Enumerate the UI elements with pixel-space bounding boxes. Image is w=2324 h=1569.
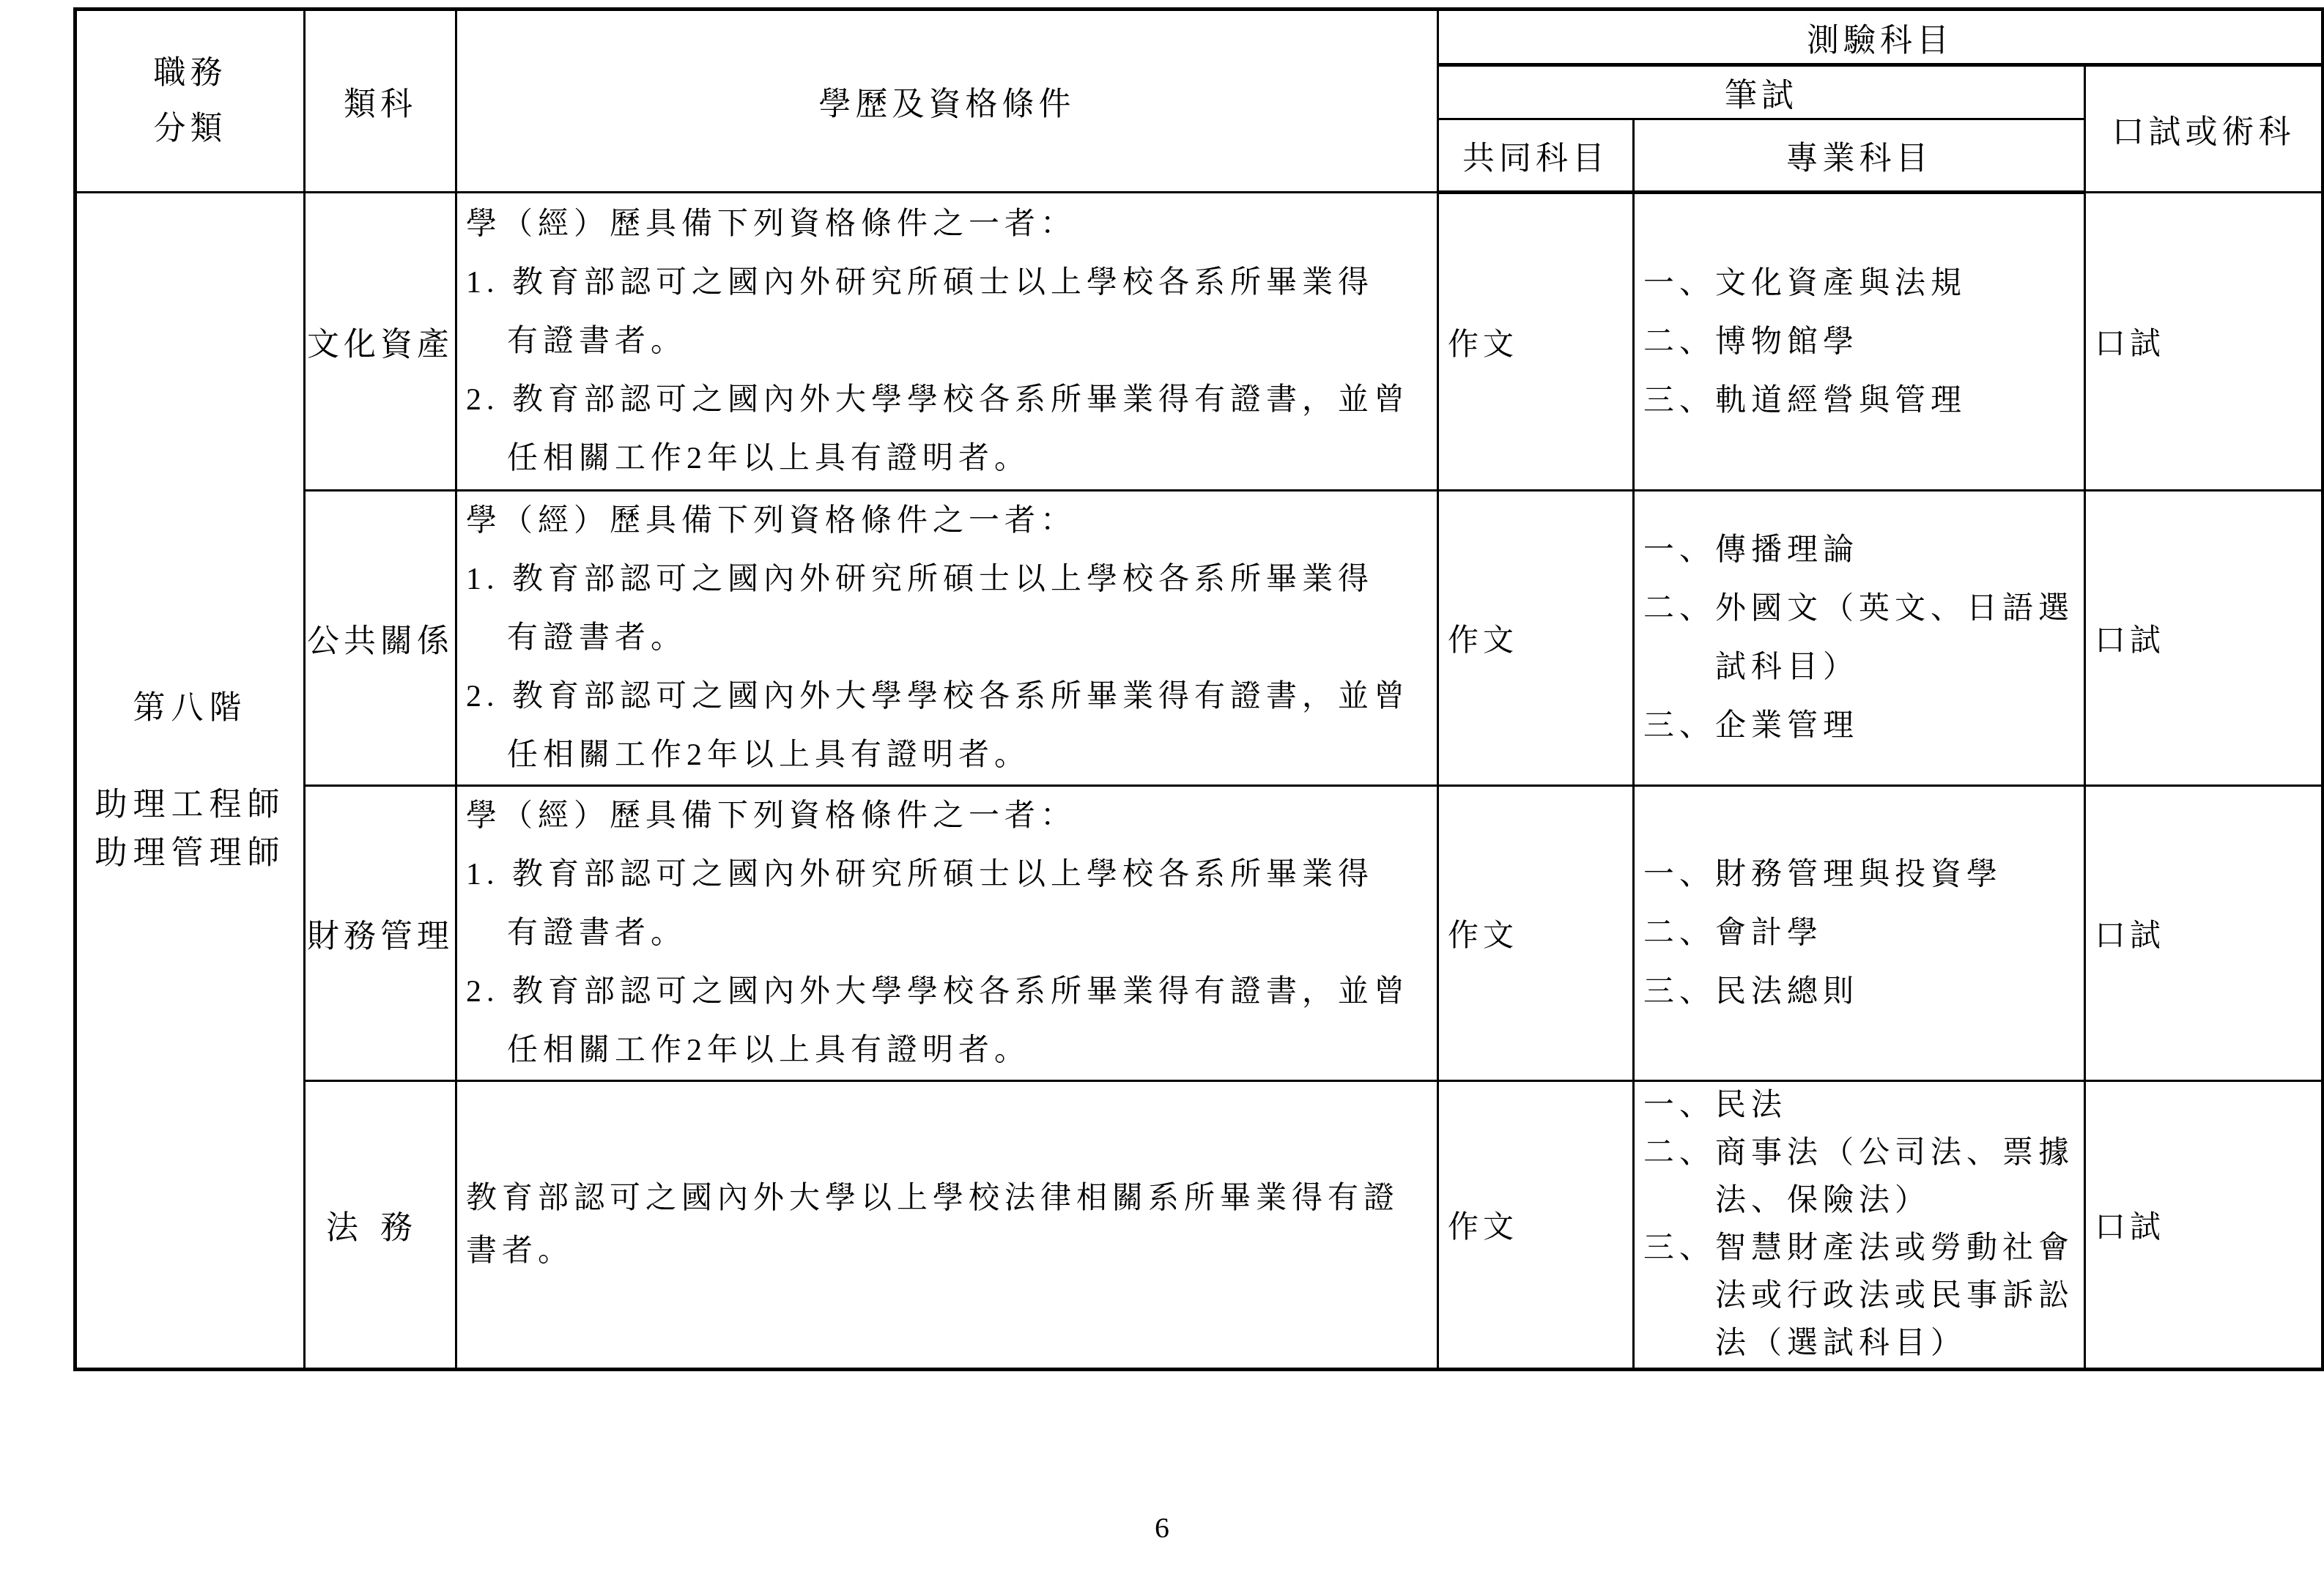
text-line: 三、智慧財產法或勞動社會	[1643, 1225, 2081, 1272]
category-cell: 財務管理	[305, 786, 456, 1081]
text-line: 有證書者。	[466, 312, 1428, 371]
text-line: 助理管理師	[77, 829, 303, 878]
common-subject-cell: 作文	[1438, 491, 1634, 786]
professional-subjects-cell: 一、傳播理論二、外國文（英文、日語選試科目）三、企業管理	[1634, 491, 2085, 786]
qualification-cell: 教育部認可之國內外大學以上學校法律相關系所畢業得有證書者。	[456, 1081, 1438, 1370]
text-line: 1. 教育部認可之國內外研究所碩士以上學校各系所畢業得	[466, 845, 1428, 904]
table-row-legal-affairs: 法務 教育部認可之國內外大學以上學校法律相關系所畢業得有證書者。 作文 一、民法…	[75, 1081, 2323, 1370]
text-line: 任相關工作2年以上具有證明者。	[466, 429, 1428, 488]
header-oral-or-practical: 口試或術科	[2085, 65, 2323, 193]
text-line: 試科目）	[1643, 638, 2081, 697]
text-line: 三、軌道經營與管理	[1643, 371, 2081, 430]
text-line: 第八階	[77, 684, 303, 732]
qualification-cell: 學（經）歷具備下列資格條件之一者：1. 教育部認可之國內外研究所碩士以上學校各系…	[456, 491, 1438, 786]
text-line: 任相關工作2年以上具有證明者。	[466, 726, 1428, 784]
text-line: 二、商事法（公司法、票據	[1643, 1130, 2081, 1177]
text-line: 法（選試科目）	[1643, 1320, 2081, 1368]
header-common-subjects: 共同科目	[1438, 119, 1634, 193]
text-line: 二、會計學	[1643, 904, 2081, 962]
oral-test-cell: 口試	[2085, 1081, 2323, 1370]
text-line: 二、博物館學	[1643, 313, 2081, 371]
text-line: 2. 教育部認可之國內外大學學校各系所畢業得有證書，並曾	[466, 371, 1428, 429]
oral-test-cell: 口試	[2085, 786, 2323, 1081]
text-line: 2. 教育部認可之國內外大學學校各系所畢業得有證書，並曾	[466, 667, 1428, 726]
header-job-classification: 職務分類	[75, 10, 305, 193]
text-line: 助理工程師	[77, 781, 303, 829]
common-subject-cell: 作文	[1438, 1081, 1634, 1370]
text-line: 學（經）歷具備下列資格條件之一者：	[466, 787, 1428, 845]
exam-subjects-table: 職務分類 類科 學歷及資格條件 測驗科目 筆試 口試或術科 共同科目 專業科目 …	[73, 7, 2324, 1371]
oral-test-cell: 口試	[2085, 491, 2323, 786]
text-line: 任相關工作2年以上具有證明者。	[466, 1021, 1428, 1080]
category-cell: 公共關係	[305, 491, 456, 786]
page-number: 6	[0, 1510, 2324, 1545]
text-line: 學（經）歷具備下列資格條件之一者：	[466, 492, 1428, 550]
text-line: 三、民法總則	[1643, 962, 2081, 1021]
table-row-cultural-assets: 第八階助理工程師助理管理師 文化資產 學（經）歷具備下列資格條件之一者：1. 教…	[75, 193, 2323, 491]
header-qualification: 學歷及資格條件	[456, 10, 1438, 193]
text-line: 二、外國文（英文、日語選	[1643, 579, 2081, 638]
table-row-financial-management: 財務管理 學（經）歷具備下列資格條件之一者：1. 教育部認可之國內外研究所碩士以…	[75, 786, 2323, 1081]
text-line: 職務	[77, 45, 303, 101]
text-line: 一、民法	[1643, 1082, 2081, 1130]
qualification-cell: 學（經）歷具備下列資格條件之一者：1. 教育部認可之國內外研究所碩士以上學校各系…	[456, 786, 1438, 1081]
professional-subjects-cell: 一、民法二、商事法（公司法、票據法、保險法）三、智慧財產法或勞動社會法或行政法或…	[1634, 1081, 2085, 1370]
text-line	[77, 732, 303, 781]
text-line: 一、文化資產與法規	[1643, 254, 2081, 313]
text-line: 有證書者。	[466, 609, 1428, 667]
text-line: 一、傳播理論	[1643, 521, 2081, 579]
professional-subjects-cell: 一、文化資產與法規二、博物館學三、軌道經營與管理	[1634, 193, 2085, 491]
text-line: 法或行政法或民事訴訟	[1643, 1272, 2081, 1320]
table-row-public-relations: 公共關係 學（經）歷具備下列資格條件之一者：1. 教育部認可之國內外研究所碩士以…	[75, 491, 2323, 786]
common-subject-cell: 作文	[1438, 193, 1634, 491]
text-line: 學（經）歷具備下列資格條件之一者：	[466, 195, 1428, 253]
professional-subjects-cell: 一、財務管理與投資學二、會計學三、民法總則	[1634, 786, 2085, 1081]
document-page: 職務分類 類科 學歷及資格條件 測驗科目 筆試 口試或術科 共同科目 專業科目 …	[0, 0, 2324, 1569]
text-line: 分類	[77, 101, 303, 157]
text-line: 教育部認可之國內外大學以上學校法律相關系所畢業得有證	[466, 1172, 1428, 1225]
qualification-cell: 學（經）歷具備下列資格條件之一者：1. 教育部認可之國內外研究所碩士以上學校各系…	[456, 193, 1438, 491]
header-category: 類科	[305, 10, 456, 193]
text-line: 2. 教育部認可之國內外大學學校各系所畢業得有證書，並曾	[466, 962, 1428, 1021]
text-line: 1. 教育部認可之國內外研究所碩士以上學校各系所畢業得	[466, 253, 1428, 312]
oral-test-cell: 口試	[2085, 193, 2323, 491]
text-line: 一、財務管理與投資學	[1643, 845, 2081, 904]
category-cell: 文化資產	[305, 193, 456, 491]
job-group-cell: 第八階助理工程師助理管理師	[75, 193, 305, 1370]
header-written-test: 筆試	[1438, 65, 2085, 119]
text-line: 法、保險法）	[1643, 1177, 2081, 1225]
header-professional-subjects: 專業科目	[1634, 119, 2085, 193]
header-row-1: 職務分類 類科 學歷及資格條件 測驗科目	[75, 10, 2323, 65]
text-line: 有證書者。	[466, 904, 1428, 962]
text-line: 書者。	[466, 1225, 1428, 1277]
common-subject-cell: 作文	[1438, 786, 1634, 1081]
text-line: 1. 教育部認可之國內外研究所碩士以上學校各系所畢業得	[466, 550, 1428, 609]
text-line: 三、企業管理	[1643, 697, 2081, 755]
header-test-subjects: 測驗科目	[1438, 10, 2323, 65]
category-cell: 法務	[305, 1081, 456, 1370]
